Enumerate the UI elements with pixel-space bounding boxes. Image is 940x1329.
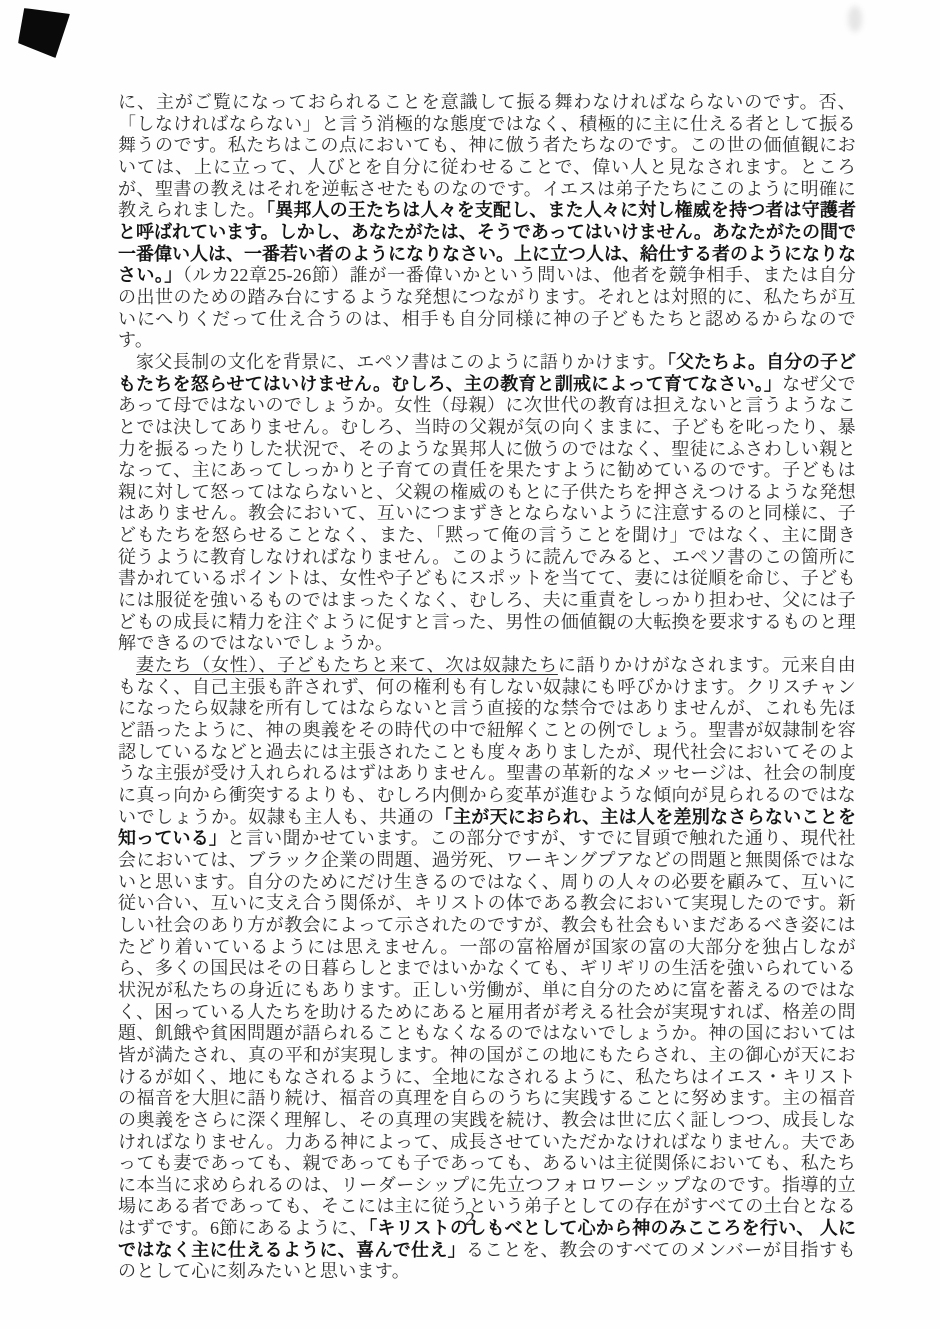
text-run-normal: なぜ父であって母ではないのでしょうか。女性（母親）に次世代の教育は担えないと言う… [118, 374, 856, 654]
paragraph: 妻たち（女性）、子どもたちと来て、次は奴隷たちに語りかけがなされます。元来自由も… [118, 655, 856, 1283]
text-run-underline: 妻たち（女性）、子どもたちと来て、次は奴隷たち [136, 655, 558, 675]
text-run-normal: と言い聞かせています。この部分ですが、すでに冒頭で触れた通り、現代社会においては… [118, 828, 856, 1238]
paragraph: に、主がご覧になっておられることを意識して振る舞わなければならないのです。否、「… [118, 92, 856, 352]
document-page: に、主がご覧になっておられることを意識して振る舞わなければならないのです。否、「… [0, 0, 940, 1329]
text-run-normal: （ルカ22章25-26節）誰が一番偉いかという問いは、他者を競争相手、または自分… [118, 265, 856, 350]
scan-smudge [848, 6, 862, 32]
scan-artifact-mark [18, 8, 70, 58]
body-text: に、主がご覧になっておられることを意識して振る舞わなければならないのです。否、「… [118, 92, 856, 1283]
text-run-normal: に語りかけがなされます。元来自由もなく、自己主張も許されず、何の権利も有しない奴… [118, 655, 856, 827]
paragraph: 家父長制の文化を背景に、エペソ書はこのように語りかけます。「父たちよ。自分の子ど… [118, 352, 856, 655]
page-number: 2 [0, 1208, 940, 1231]
text-run-normal: 家父長制の文化を背景に、エペソ書はこのように語りかけます。 [136, 352, 667, 372]
